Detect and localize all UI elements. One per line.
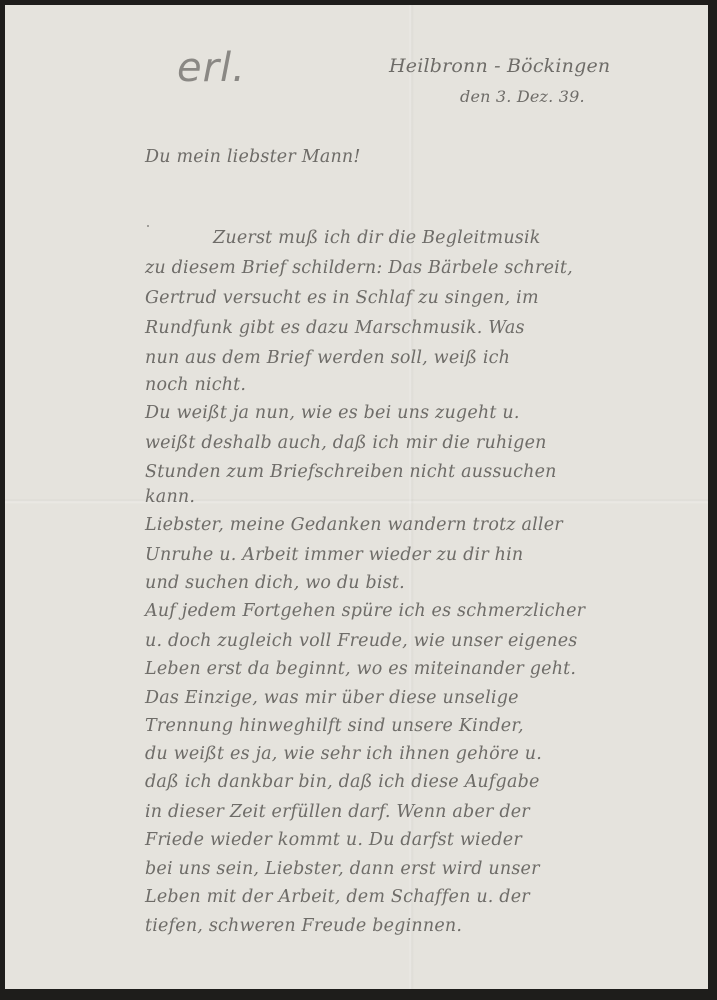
body-line: Friede wieder kommt u. Du darfst wieder [145,830,522,850]
letter-place: Heilbronn - Böckingen [389,55,610,77]
body-line: tiefen, schweren Freude beginnen. [145,916,462,936]
body-line: Trennung hinweghilft sind unsere Kinder, [145,716,524,736]
body-line: u. doch zugleich voll Freude, wie unser … [145,631,577,651]
body-line: Das Einzige, was mir über diese unselige [145,688,519,708]
faint-dot-mark [147,225,149,227]
body-line: Leben erst da beginnt, wo es miteinander… [145,659,576,679]
body-line: weißt deshalb auch, daß ich mir die ruhi… [145,433,547,453]
letter-page: erl. Heilbronn - Böckingen den 3. Dez. 3… [5,5,708,989]
body-line: zu diesem Brief schildern: Das Bärbele s… [145,258,573,278]
body-line: Stunden zum Briefschreiben nicht aussuch… [145,462,557,482]
body-line: Rundfunk gibt es dazu Marschmusik. Was [145,318,525,338]
body-line: Du weißt ja nun, wie es bei uns zugeht u… [145,403,520,423]
body-line: Gertrud versucht es in Schlaf zu singen,… [145,288,539,308]
body-line: Zuerst muß ich dir die Begleitmusik [213,228,541,248]
body-line: Liebster, meine Gedanken wandern trotz a… [145,515,563,535]
body-line: noch nicht. [145,375,246,395]
body-line: daß ich dankbar bin, daß ich diese Aufga… [145,772,540,792]
body-line: in dieser Zeit erfüllen darf. Wenn aber … [145,802,530,822]
body-line: Leben mit der Arbeit, dem Schaffen u. de… [145,887,530,907]
body-line: und suchen dich, wo du bist. [145,573,405,593]
body-line: Unruhe u. Arbeit immer wieder zu dir hin [145,545,523,565]
body-line: bei uns sein, Liebster, dann erst wird u… [145,859,540,879]
salutation: Du mein liebster Mann! [145,147,361,167]
letter-date: den 3. Dez. 39. [460,87,585,106]
body-line: Auf jedem Fortgehen spüre ich es schmerz… [145,601,585,621]
annotation-erl: erl. [177,45,246,91]
body-line: kann. [145,487,195,507]
body-line: nun aus dem Brief werden soll, weiß ich [145,348,510,368]
body-line: du weißt es ja, wie sehr ich ihnen gehör… [145,744,542,764]
